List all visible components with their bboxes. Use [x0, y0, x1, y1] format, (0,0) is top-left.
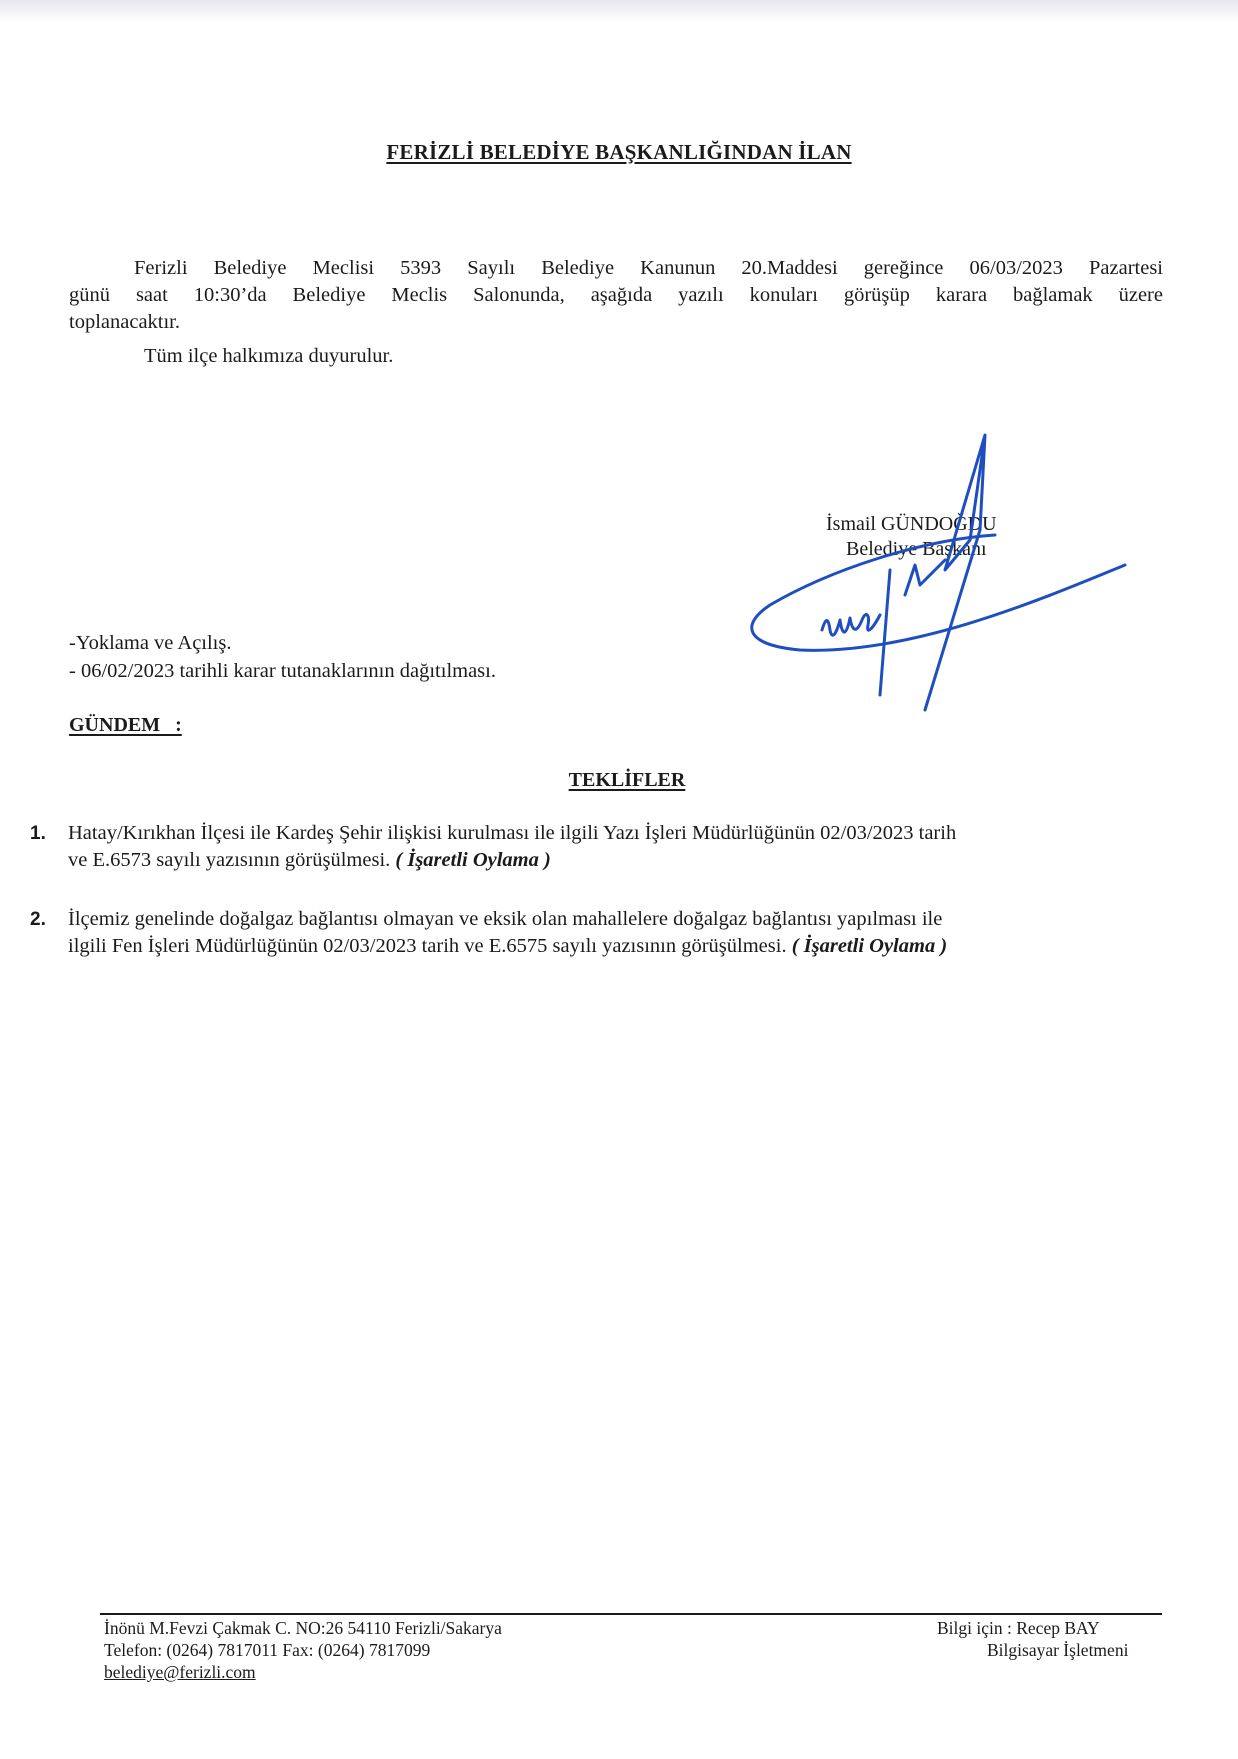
preliminary-item-1: -Yoklama ve Açılış.	[69, 632, 231, 655]
item-line-2: ilgili Fen İşleri Müdürlüğünün 02/03/202…	[68, 933, 1160, 960]
item-number: 1.	[30, 820, 46, 847]
preliminary-item-2: - 06/02/2023 tarihli karar tutanaklarını…	[69, 660, 496, 683]
document-title: FERİZLİ BELEDİYE BAŞKANLIĞINDAN İLAN	[0, 140, 1238, 165]
footer-email-link[interactable]: belediye@ferizli.com	[104, 1661, 256, 1683]
footer-phone-fax: Telefon: (0264) 7817011 Fax: (0264) 7817…	[104, 1639, 430, 1661]
footer-address: İnönü M.Fevzi Çakmak C. NO:26 54110 Feri…	[104, 1617, 502, 1639]
scan-shading	[0, 0, 1238, 22]
item-line-1: Hatay/Kırıkhan İlçesi ile Kardeş Şehir i…	[68, 820, 1160, 847]
footer-info-contact: Bilgi için : Recep BAY	[937, 1617, 1100, 1639]
item-line-1: İlçemiz genelinde doğalgaz bağlantısı ol…	[68, 906, 1160, 933]
footer-divider	[100, 1613, 1162, 1615]
intro-line-3: toplanacaktır.	[69, 309, 1163, 336]
intro-line-2: günü saat 10:30’da Belediye Meclis Salon…	[69, 282, 1163, 309]
intro-paragraph: Ferizli Belediye Meclisi 5393 Sayılı Bel…	[69, 255, 1163, 336]
item-number: 2.	[30, 906, 46, 933]
item-line-2: ve E.6573 sayılı yazısının görüşülmesi. …	[68, 847, 1160, 874]
agenda-heading: GÜNDEM :	[69, 714, 182, 737]
vote-type: ( İşaretli Oylama )	[395, 849, 550, 871]
vote-type: ( İşaretli Oylama )	[792, 935, 947, 957]
footer-info-role: Bilgisayar İşletmeni	[987, 1639, 1128, 1661]
announcement: Tüm ilçe halkımıza duyurulur.	[144, 345, 393, 368]
section-heading: TEKLİFLER	[0, 769, 1238, 792]
signature-icon	[740, 420, 1180, 720]
intro-line-1: Ferizli Belediye Meclisi 5393 Sayılı Bel…	[69, 255, 1163, 282]
